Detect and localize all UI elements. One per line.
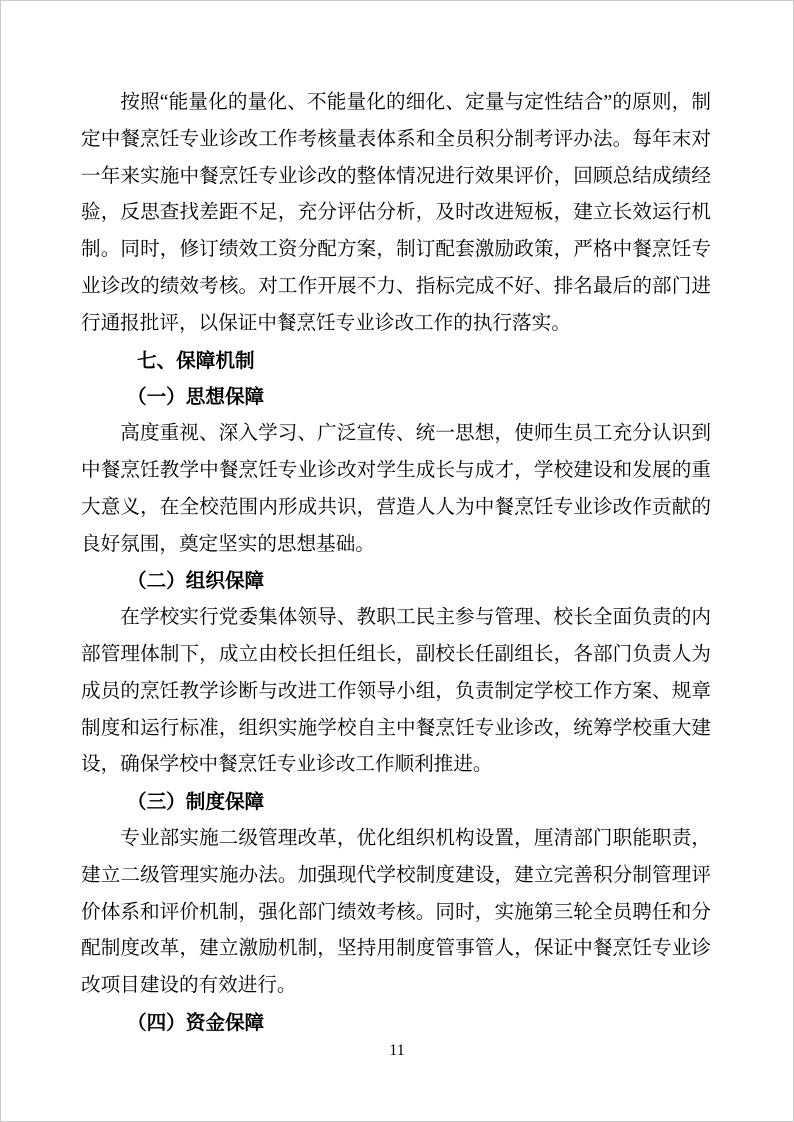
- body-paragraph-organizational: 在学校实行党委集体领导、教职工民主参与管理、校长全面负责的内部管理体制下，成立由…: [81, 600, 711, 784]
- body-paragraph-institutional: 专业部实施二级管理改革，优化组织机构设置，厘清部门职能职责，建立二级管理实施办法…: [81, 821, 711, 1005]
- section-heading-7-safeguard-mechanism: 七、保障机制: [81, 343, 711, 380]
- subsection-heading-2-organizational-safeguard: （二）组织保障: [81, 563, 711, 600]
- subsection-heading-3-institutional-safeguard: （三）制度保障: [81, 784, 711, 821]
- body-paragraph-assessment: 按照“能量化的量化、不能量化的细化、定量与定性结合”的原则，制定中餐烹饪专业诊改…: [81, 85, 711, 343]
- subsection-heading-4-funding-safeguard: （四）资金保障: [81, 1005, 711, 1042]
- document-page: 按照“能量化的量化、不能量化的细化、定量与定性结合”的原则，制定中餐烹饪专业诊改…: [0, 0, 794, 1122]
- document-content: 按照“能量化的量化、不能量化的细化、定量与定性结合”的原则，制定中餐烹饪专业诊改…: [81, 85, 711, 1042]
- body-paragraph-ideological: 高度重视、深入学习、广泛宣传、统一思想，使师生员工充分认识到中餐烹饪教学中餐烹饪…: [81, 416, 711, 563]
- subsection-heading-1-ideological-safeguard: （一）思想保障: [81, 379, 711, 416]
- page-number: 11: [1, 1041, 793, 1061]
